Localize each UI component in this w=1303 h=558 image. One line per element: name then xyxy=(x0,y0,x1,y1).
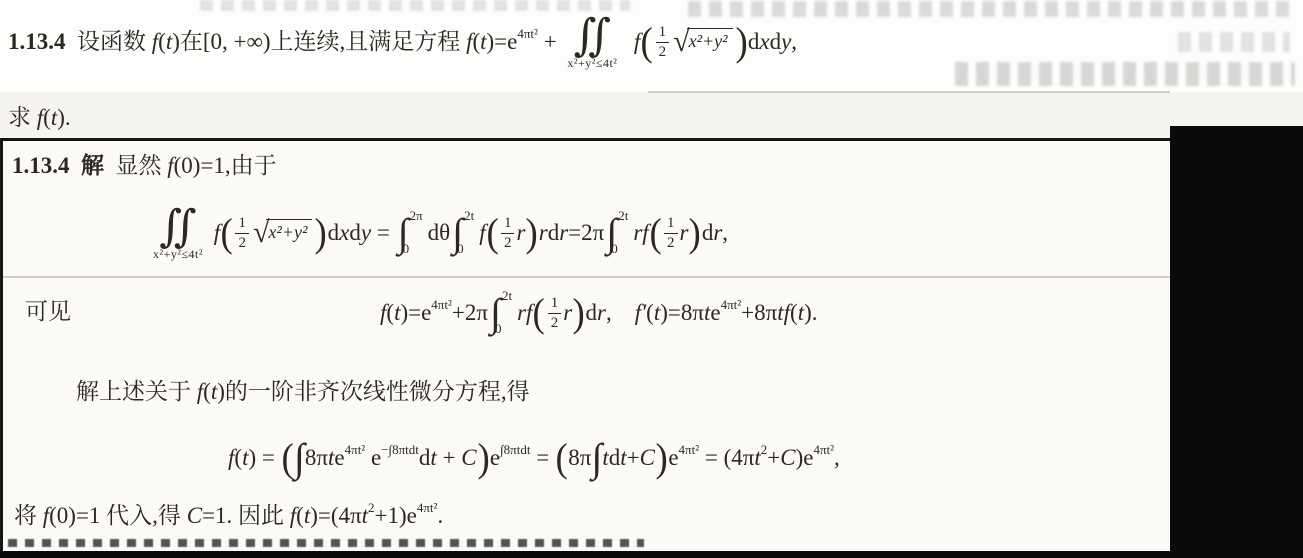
math-mnum: 1 xyxy=(235,215,249,234)
math-mr: + xyxy=(538,28,562,57)
math-mr: e xyxy=(490,444,500,473)
cropped-text-row xyxy=(8,539,644,547)
math-mr: . xyxy=(437,502,443,531)
math-mnum: 1 xyxy=(664,215,678,234)
math-mr: 8π xyxy=(305,444,328,473)
math-mlims: 2t0 xyxy=(464,208,474,258)
kejian-text: 可见 xyxy=(25,298,71,327)
math-mintg: ∫ xyxy=(591,438,602,478)
math-msup: 4πt² xyxy=(813,442,834,458)
solution-para-solve: 解上述关于 f(t)的一阶非齐次线性微分方程,得 xyxy=(76,372,530,412)
math-mr: ). xyxy=(804,299,817,328)
math-mi: C xyxy=(780,444,795,473)
math-mr: (0)=1 代入,得 xyxy=(49,502,187,531)
math-mr: d xyxy=(419,444,431,473)
math-mr: , xyxy=(606,299,635,328)
math-msup: 2 xyxy=(761,442,768,458)
math-mi: r xyxy=(597,299,606,328)
math-mi: rf xyxy=(633,219,648,248)
math-mbig: ) xyxy=(573,296,585,330)
math-mr: dθ xyxy=(428,219,451,248)
math-mr: e xyxy=(668,444,678,473)
math-mr: ( xyxy=(386,299,394,328)
math-mr xyxy=(622,28,634,57)
math-mbig: ) xyxy=(315,216,327,250)
math-mi: r xyxy=(563,299,572,328)
math-msup: 2 xyxy=(368,500,375,516)
math-mi: y xyxy=(781,28,791,57)
solution-eq-general: f(t) = (∫8πte4πt² e−∫8πtdtdt + C)e∫8πtdt… xyxy=(228,424,840,492)
math-mfrac: 12 xyxy=(664,215,678,251)
math-mr: e xyxy=(365,444,381,473)
math-mden: 2 xyxy=(550,314,560,332)
math-mbar: x²+y² xyxy=(266,219,312,243)
math-mbig: ( xyxy=(486,216,498,250)
math-mlo: 0 xyxy=(403,241,423,257)
label-kejian: 可见 xyxy=(25,296,71,328)
math-mbig: ( xyxy=(533,296,545,330)
math-miintg: ∬ xyxy=(159,205,196,249)
math-mintg: ∫ xyxy=(294,438,305,478)
math-mb: 1.13.4 xyxy=(8,28,66,57)
solution-eq-ode: f(t)=e4πt²+2π∫2t0rf(12r)dr, f′(t)=8πte4π… xyxy=(380,282,818,344)
math-mlims: 2π0 xyxy=(410,208,423,258)
math-mr: )=e xyxy=(400,299,431,328)
math-mr: d xyxy=(586,299,598,328)
math-mr: = xyxy=(530,444,554,473)
math-msup: −∫8πtdt xyxy=(381,442,419,458)
math-mr: = xyxy=(371,219,395,248)
math-mr: ) = xyxy=(248,444,280,473)
math-mlo: 0 xyxy=(495,321,512,337)
math-mi: f xyxy=(479,219,485,248)
math-mbig: ( xyxy=(649,216,661,250)
solution-line-final: 将 f(0)=1 代入,得 C=1. 因此 f(t)=(4πt2+1)e4πt²… xyxy=(14,494,443,538)
math-mi: x xyxy=(339,219,349,248)
math-mden: 2 xyxy=(666,234,676,252)
math-mr: )e xyxy=(796,444,814,473)
math-mr: 8π xyxy=(568,444,591,473)
math-mr: , xyxy=(791,28,797,57)
math-msqrt: √x²+y² xyxy=(253,218,312,248)
math-mint: ∫2π0 xyxy=(398,208,426,258)
math-mr: + xyxy=(767,444,780,473)
math-mfrac: 12 xyxy=(548,295,562,331)
math-mr: d xyxy=(328,219,340,248)
math-mr: d xyxy=(748,28,760,57)
math-mlims: 2t0 xyxy=(502,288,512,338)
math-msup: 4πt² xyxy=(517,26,538,42)
math-msup: 4πt² xyxy=(431,297,452,313)
math-msup: 4πt² xyxy=(345,442,366,458)
math-mi: f′ xyxy=(635,299,646,328)
math-mden: 2 xyxy=(503,234,513,252)
math-msup: ∫8πtdt xyxy=(500,442,530,458)
math-mb: 1.13.4 解 xyxy=(12,152,104,181)
math-mr: )的一阶非齐次线性微分方程,得 xyxy=(217,378,529,407)
math-msup: 4πt² xyxy=(679,442,700,458)
math-mr: 解上述关于 xyxy=(76,378,197,407)
math-mr: =1. 因此 xyxy=(202,502,290,531)
math-miint: ∬x²+y²≤4t² xyxy=(153,205,203,262)
problem-line-1: 1.13.4 设函数 f(t)在[0, +∞)上连续,且满足方程 f(t)=e4… xyxy=(8,0,797,90)
math-miints: x²+y²≤4t² xyxy=(567,56,617,71)
math-mr: 设函数 xyxy=(66,28,152,57)
math-mi: r xyxy=(680,219,689,248)
math-mbig: ) xyxy=(526,216,538,250)
math-mi: r xyxy=(713,219,722,248)
math-mi: f xyxy=(214,219,220,248)
math-mr: )在[0, +∞)上连续,且满足方程 xyxy=(172,28,466,57)
page-background-strip xyxy=(0,92,1303,138)
math-mr: )=8π xyxy=(660,299,704,328)
math-mr: ( xyxy=(472,28,480,57)
math-mbar: x²+y² xyxy=(687,28,733,52)
math-mr: , xyxy=(722,219,728,248)
math-mhi: 2π xyxy=(410,208,423,224)
math-miints: x²+y²≤4t² xyxy=(153,247,203,262)
math-mfrac: 12 xyxy=(656,24,670,60)
math-mi: C xyxy=(640,444,655,473)
math-mi: x xyxy=(759,28,769,57)
paste-edge xyxy=(648,91,1170,93)
math-mnum: 1 xyxy=(548,295,562,314)
math-mnum: 1 xyxy=(501,215,515,234)
math-mr: )=e xyxy=(487,28,518,57)
math-miintg: ∬ xyxy=(574,14,611,58)
math-msqrt: √x²+y² xyxy=(673,27,732,57)
solution-header: 1.13.4 解 显然 f(0)=1,由于 xyxy=(12,146,277,186)
math-mfrac: 12 xyxy=(501,215,515,251)
math-mr: e xyxy=(710,299,720,328)
math-mr: +8π xyxy=(741,299,777,328)
math-mr: ( xyxy=(203,378,211,407)
math-mi: rf xyxy=(517,299,532,328)
math-mr: +2π xyxy=(452,299,488,328)
bleed-smudge xyxy=(1178,32,1290,52)
math-mlims: 2t0 xyxy=(618,208,628,258)
math-mr: ( xyxy=(790,299,798,328)
math-mr: ). xyxy=(57,104,70,133)
math-mnum: 1 xyxy=(656,24,670,43)
math-mi: r xyxy=(559,219,568,248)
math-mr: (0)=1,由于 xyxy=(174,152,277,181)
math-mbig: ) xyxy=(477,441,489,475)
math-mi: r xyxy=(539,219,548,248)
math-mden: 2 xyxy=(658,43,668,61)
math-mlo: 0 xyxy=(457,241,474,257)
math-mhi: 2t xyxy=(618,208,628,224)
scan-black-margin xyxy=(1170,126,1303,558)
math-mhi: 2t xyxy=(464,208,474,224)
math-mi: tf xyxy=(777,299,790,328)
math-mr: 将 xyxy=(14,502,43,531)
bleed-smudge xyxy=(955,62,1295,86)
math-mr: ( xyxy=(234,444,242,473)
math-mint: ∫2t0 xyxy=(490,288,515,338)
math-mr: +1)e xyxy=(375,502,417,531)
math-mbig: ) xyxy=(656,441,668,475)
math-mi: y xyxy=(361,219,371,248)
scanned-textbook-page: 1.13.4 设函数 f(t)在[0, +∞)上连续,且满足方程 f(t)=e4… xyxy=(0,0,1303,558)
problem-line-2: 求 f(t). xyxy=(8,100,71,136)
math-mr: + xyxy=(437,444,461,473)
solution-eq-polar: ∬x²+y²≤4t² f(12√x²+y²)dxdy = ∫2π0dθ∫2t0f… xyxy=(148,186,728,280)
math-mr: = (4π xyxy=(699,444,754,473)
box-bottom-border xyxy=(0,551,1303,558)
math-mbig: ) xyxy=(735,25,747,59)
math-mhi: 2t xyxy=(502,288,512,304)
math-mlo: 0 xyxy=(611,241,628,257)
math-mr: 求 xyxy=(8,104,37,133)
math-mint: ∫2t0 xyxy=(452,208,477,258)
math-mbig: ( xyxy=(281,441,293,475)
math-mr: , xyxy=(834,444,840,473)
math-mr: d xyxy=(609,444,621,473)
math-mr: ( xyxy=(43,104,51,133)
math-mi: f xyxy=(634,28,640,57)
math-mr: 显然 xyxy=(104,152,167,181)
math-mr: d xyxy=(548,219,560,248)
math-mr: ( xyxy=(158,28,166,57)
math-mi: r xyxy=(516,219,525,248)
math-mi: C xyxy=(187,502,202,531)
math-mr: )=(4π xyxy=(310,502,361,531)
math-mbig: ) xyxy=(689,216,701,250)
math-mr: d xyxy=(702,219,714,248)
paste-edge xyxy=(3,276,1170,278)
math-mbig: ( xyxy=(556,441,568,475)
math-mr: =2π xyxy=(568,219,604,248)
math-mr: d xyxy=(349,219,361,248)
math-mint: ∫2t0 xyxy=(606,208,631,258)
math-mr: ( xyxy=(646,299,654,328)
math-mi: C xyxy=(461,444,476,473)
math-mden: 2 xyxy=(237,234,247,252)
math-miint: ∬x²+y²≤4t² xyxy=(567,14,617,71)
math-mr: + xyxy=(627,444,640,473)
math-msup: 4πt² xyxy=(417,500,438,516)
math-mfrac: 12 xyxy=(235,215,249,251)
math-msup: 4πt² xyxy=(721,297,742,313)
math-mbig: ( xyxy=(221,216,233,250)
math-mr: e xyxy=(334,444,344,473)
math-mr: ( xyxy=(296,502,304,531)
math-mr: d xyxy=(770,28,782,57)
math-mbig: ( xyxy=(641,25,653,59)
